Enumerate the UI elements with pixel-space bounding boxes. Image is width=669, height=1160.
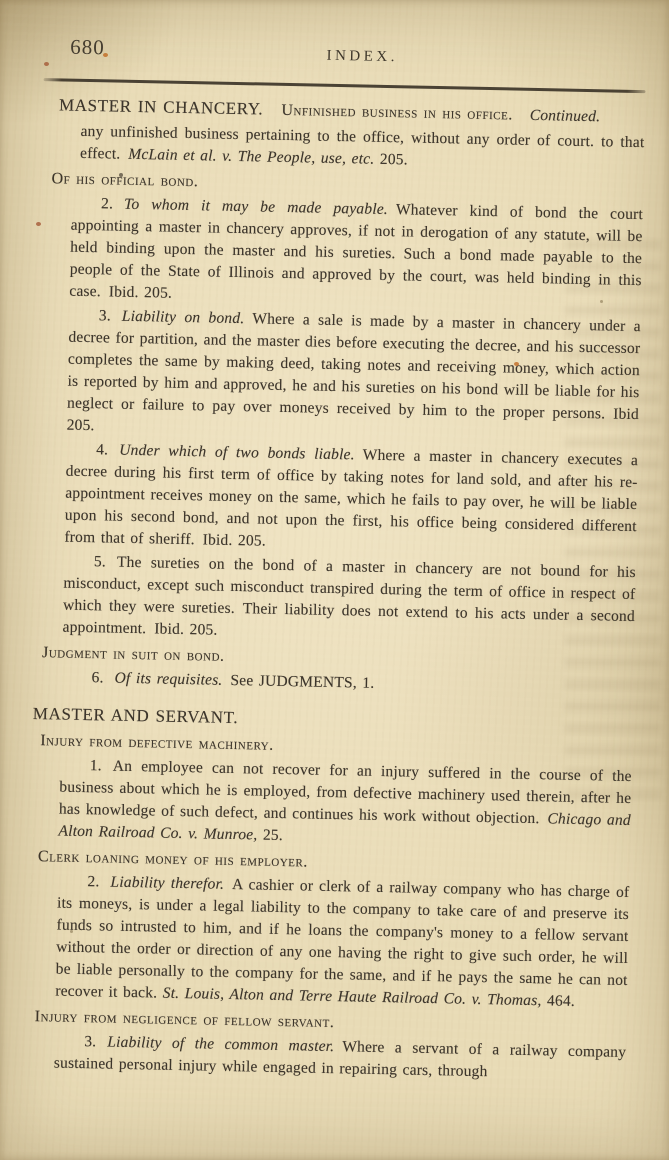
text-run: A cashier or clerk of a railway company … bbox=[55, 875, 629, 1001]
text-run: 25. bbox=[257, 826, 283, 844]
index-paragraph: 3.Liability of the common master. Where … bbox=[24, 1029, 627, 1085]
item-number: 4. bbox=[96, 441, 108, 458]
index-paragraph: 2.Liability therefor. A cashier or clerk… bbox=[25, 869, 630, 1013]
text-run: The sureties on the bond of a master in … bbox=[62, 553, 636, 638]
text-run: Of his official bond. bbox=[51, 170, 198, 190]
text-run: Of its requisites. bbox=[114, 669, 222, 688]
text-run: MASTER IN CHANCERY. bbox=[59, 95, 282, 118]
text-run: Clerk loaning money of his employer. bbox=[38, 848, 308, 870]
text-run: To whom it may be made payable. bbox=[124, 195, 388, 217]
index-paragraph: 1.An employee can not recover for an inj… bbox=[28, 753, 632, 853]
text-run: Judgment in suit on bond. bbox=[42, 644, 225, 665]
index-paragraph: 2.To whom it may be made payable. Whatev… bbox=[39, 192, 643, 314]
text-run: Injury from defective machinery. bbox=[40, 732, 274, 754]
text-run: Liability of the common master. bbox=[107, 1033, 334, 1055]
item-number: 3. bbox=[84, 1033, 96, 1050]
text-run: Liability on bond. bbox=[122, 307, 245, 326]
page-header: 680 INDEX. bbox=[44, 34, 647, 80]
item-number: 6. bbox=[91, 669, 103, 686]
text-run: Under which of two bonds liable. bbox=[119, 441, 355, 463]
text-run: St. Louis, Alton and Terre Haute Railroa… bbox=[163, 984, 542, 1009]
text-run: An employee can not recover for an injur… bbox=[59, 757, 632, 827]
header-rule bbox=[44, 78, 646, 93]
page-number: 680 bbox=[70, 35, 105, 61]
index-paragraph: 4.Under which of two bonds liable. Where… bbox=[34, 438, 638, 560]
text-run: See JUDGMENTS, 1. bbox=[222, 671, 374, 691]
index-paragraph: 3.Liability on bond. Where a sale is mad… bbox=[36, 304, 641, 448]
item-number: 1. bbox=[90, 757, 102, 774]
item-number: 2. bbox=[101, 195, 113, 212]
text-run: MASTER AND SERVANT. bbox=[33, 703, 239, 726]
text-run: Liability therefor. bbox=[110, 873, 224, 892]
item-number: 3. bbox=[99, 307, 111, 324]
text-run: 464. bbox=[541, 992, 575, 1010]
item-number: 2. bbox=[87, 873, 99, 890]
text-run: Continued. bbox=[530, 106, 601, 124]
text-run: 205. bbox=[374, 150, 408, 168]
text-run: Unfinished business in his office. bbox=[281, 101, 530, 123]
running-head: INDEX. bbox=[326, 48, 398, 66]
page-content: 680 INDEX. MASTER IN CHANCERY. Unfinishe… bbox=[24, 34, 647, 1087]
item-number: 5. bbox=[94, 553, 106, 570]
text-run: McLain et al. v. The People, use, etc. bbox=[128, 145, 374, 167]
index-paragraph: 5.The sureties on the bond of a master i… bbox=[32, 549, 636, 649]
scanned-book-page: 680 INDEX. MASTER IN CHANCERY. Unfinishe… bbox=[0, 0, 669, 1160]
text-run: Injury from negligence of fellow servant… bbox=[35, 1008, 335, 1031]
index-paragraph: any unfinished business pertaining to th… bbox=[42, 120, 645, 176]
text-run: Where a sale is made by a master in chan… bbox=[66, 310, 640, 434]
index-body: MASTER IN CHANCERY. Unfinished business … bbox=[24, 94, 646, 1086]
